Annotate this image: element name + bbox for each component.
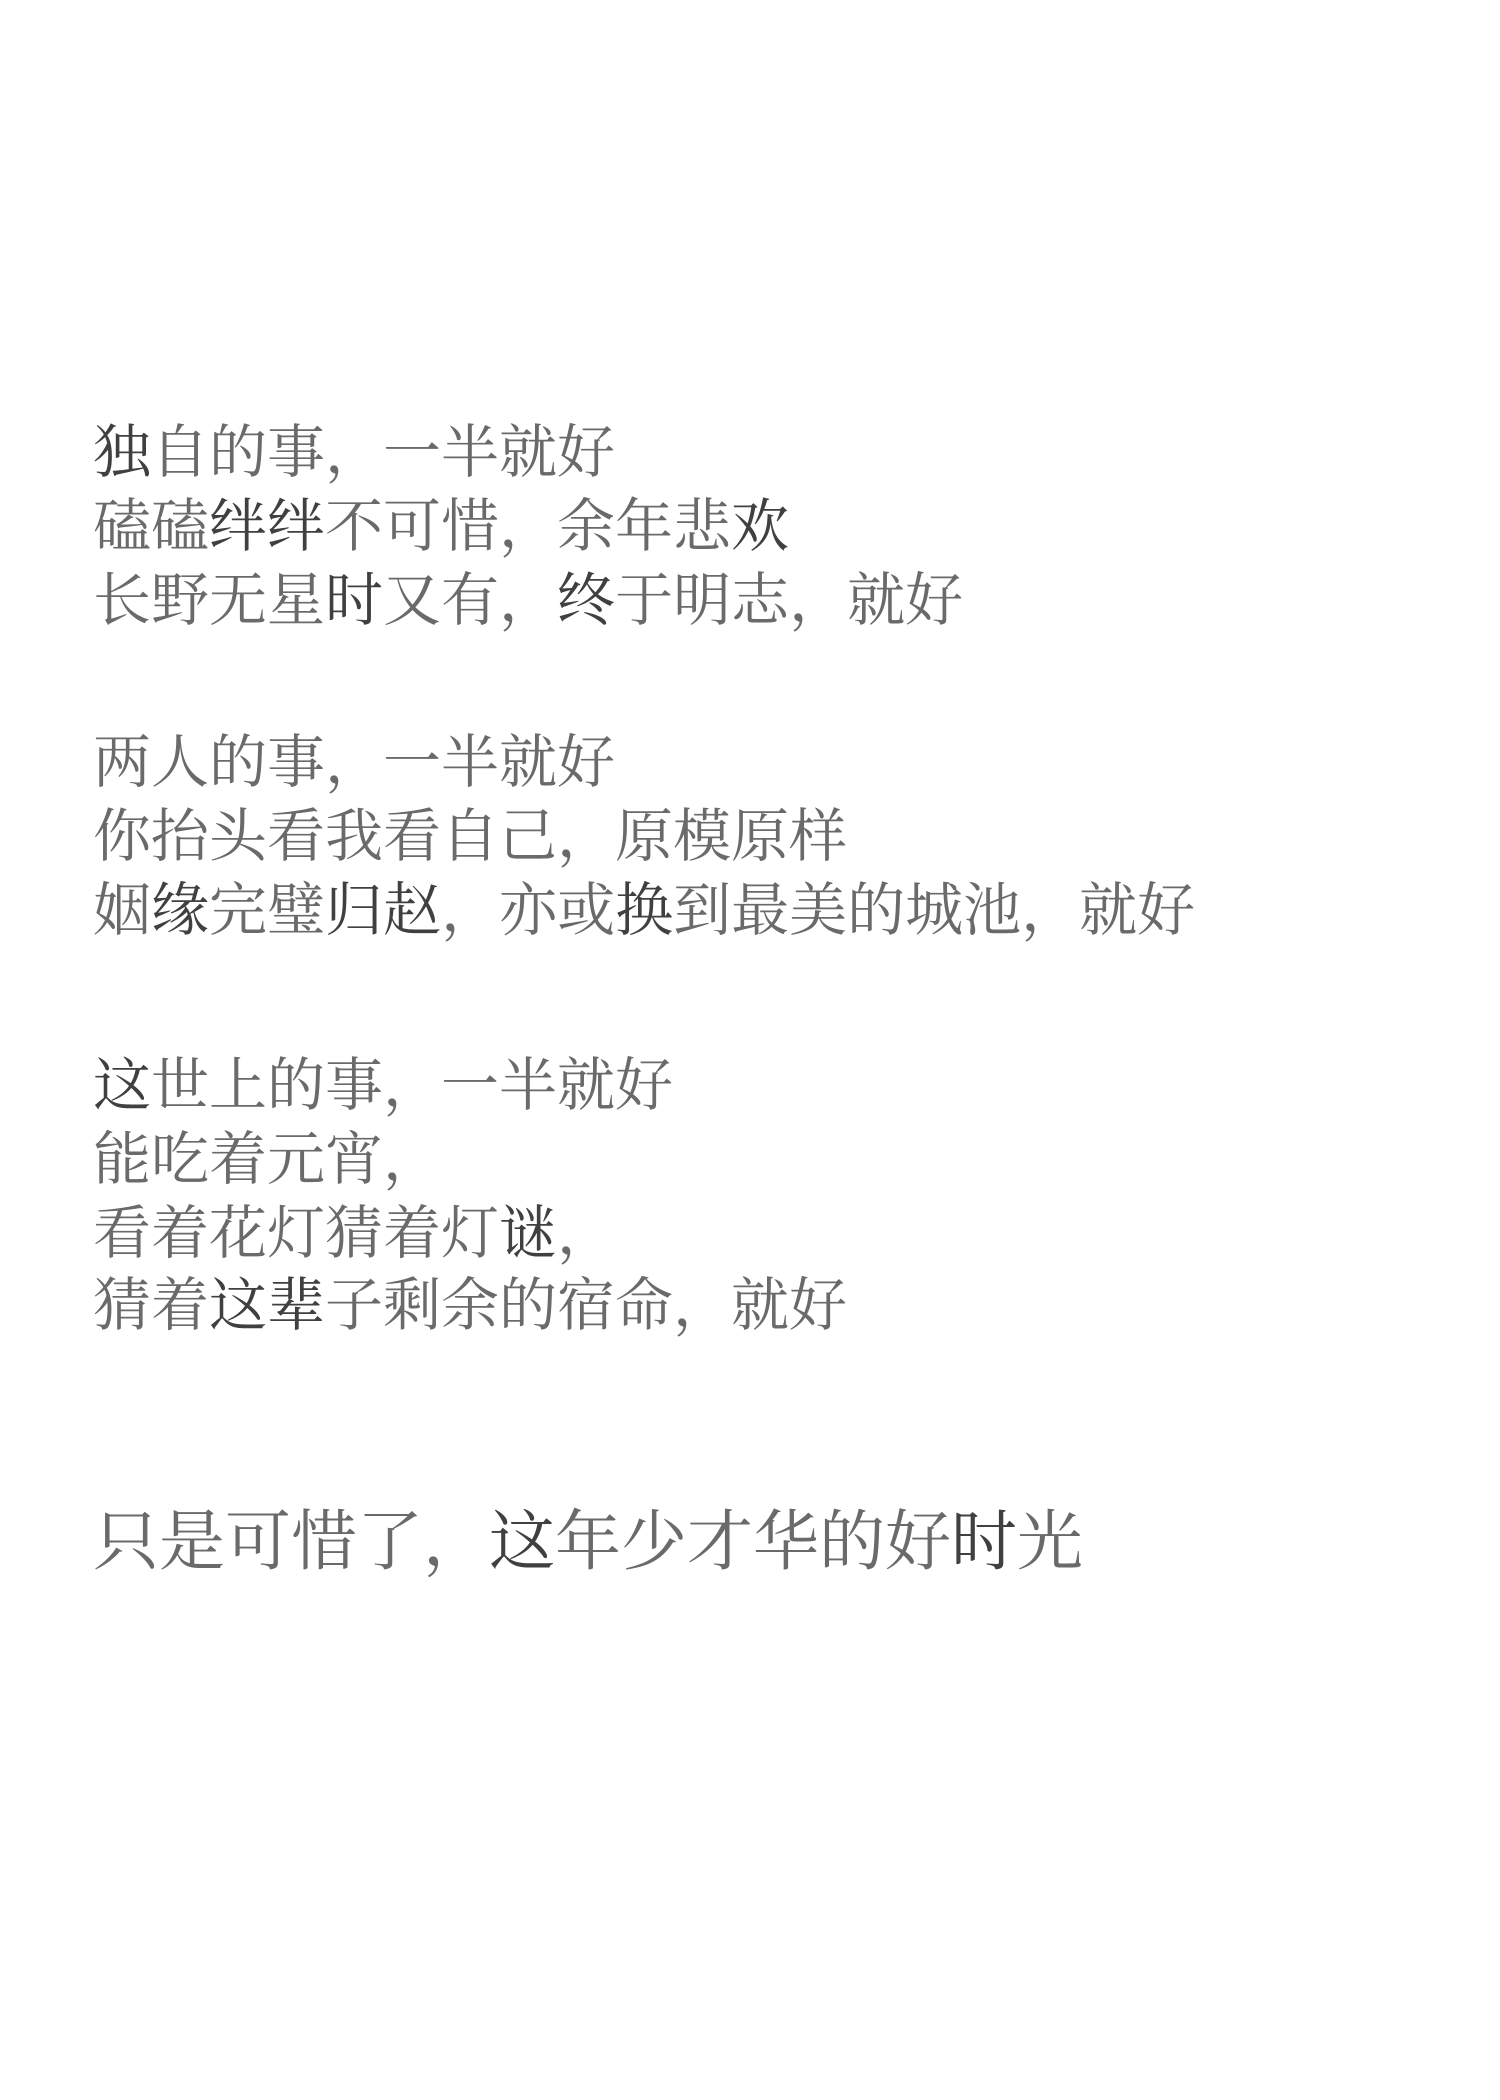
- line-segment: 谜: [499, 1199, 557, 1267]
- line-segment: 自的事，一半就好: [151, 418, 615, 486]
- stanza-1: 独自的事，一半就好 磕磕绊绊不可惜，余年悲欢 长野无星时又有，终于明志，就好: [93, 415, 963, 637]
- poem-line: 长野无星时又有，终于明志，就好: [93, 563, 963, 637]
- line-segment: 能吃着元宵，: [93, 1125, 441, 1193]
- line-segment: 看着花灯猜着灯: [93, 1199, 499, 1267]
- line-segment: 不可惜，余年悲: [325, 492, 731, 560]
- line-segment: 只是可惜了，: [93, 1503, 489, 1580]
- poem-line: 这世上的事，一半就好: [93, 1048, 847, 1122]
- line-segment: 独: [93, 418, 151, 486]
- line-segment: ，亦或: [441, 876, 615, 944]
- line-segment: 年少才华的好: [555, 1503, 951, 1580]
- line-segment: 两人的事，一半就好: [93, 728, 615, 796]
- line-segment: 终: [557, 566, 615, 634]
- line-segment: 欢: [731, 492, 789, 560]
- line-segment: 绊绊: [209, 492, 325, 560]
- poem-line: 你抬头看我看自己，原模原样: [93, 799, 1195, 873]
- line-segment: 于明志，就好: [615, 566, 963, 634]
- line-segment: 这: [93, 1051, 151, 1119]
- line-segment: 这辈: [209, 1271, 325, 1339]
- stanza-3: 这世上的事，一半就好 能吃着元宵， 看着花灯猜着灯谜， 猜着这辈子剩余的宿命，就…: [93, 1048, 847, 1342]
- line-segment: ，: [557, 1199, 615, 1267]
- poem-line: 两人的事，一半就好: [93, 725, 1195, 799]
- line-segment: 又有，: [383, 566, 557, 634]
- line-segment: 时: [325, 566, 383, 634]
- line-segment: 时: [951, 1503, 1017, 1580]
- poem-line: 猜着这辈子剩余的宿命，就好: [93, 1268, 847, 1342]
- poem-line: 姻缘完璧归赵，亦或换到最美的城池，就好: [93, 873, 1195, 947]
- line-segment: 你抬头看我看自己，原模原样: [93, 802, 847, 870]
- poem-line: 能吃着元宵，: [93, 1122, 847, 1196]
- line-segment: 世上的事，一半就好: [151, 1051, 673, 1119]
- line-segment: 光: [1017, 1503, 1083, 1580]
- stanza-2: 两人的事，一半就好 你抬头看我看自己，原模原样 姻缘完璧归赵，亦或换到最美的城池…: [93, 725, 1195, 947]
- line-segment: 归赵: [325, 876, 441, 944]
- line-segment: 猜着: [93, 1271, 209, 1339]
- poem-line: 独自的事，一半就好: [93, 415, 963, 489]
- line-segment: 完璧: [209, 876, 325, 944]
- closing-line: 只是可惜了，这年少才华的好时光: [93, 1500, 1083, 1584]
- line-segment: 换: [615, 876, 673, 944]
- line-segment: 这: [489, 1503, 555, 1580]
- poem-line: 看着花灯猜着灯谜，: [93, 1196, 847, 1270]
- line-segment: 缘: [151, 876, 209, 944]
- poem-page: 独自的事，一半就好 磕磕绊绊不可惜，余年悲欢 长野无星时又有，终于明志，就好 两…: [0, 0, 1500, 2100]
- poem-line: 只是可惜了，这年少才华的好时光: [93, 1500, 1083, 1584]
- line-segment: 长野无星: [93, 566, 325, 634]
- line-segment: 磕磕: [93, 492, 209, 560]
- line-segment: 子剩余的宿命，就好: [325, 1271, 847, 1339]
- poem-line: 磕磕绊绊不可惜，余年悲欢: [93, 489, 963, 563]
- line-segment: 姻: [93, 876, 151, 944]
- line-segment: 到最美的城池，就好: [673, 876, 1195, 944]
